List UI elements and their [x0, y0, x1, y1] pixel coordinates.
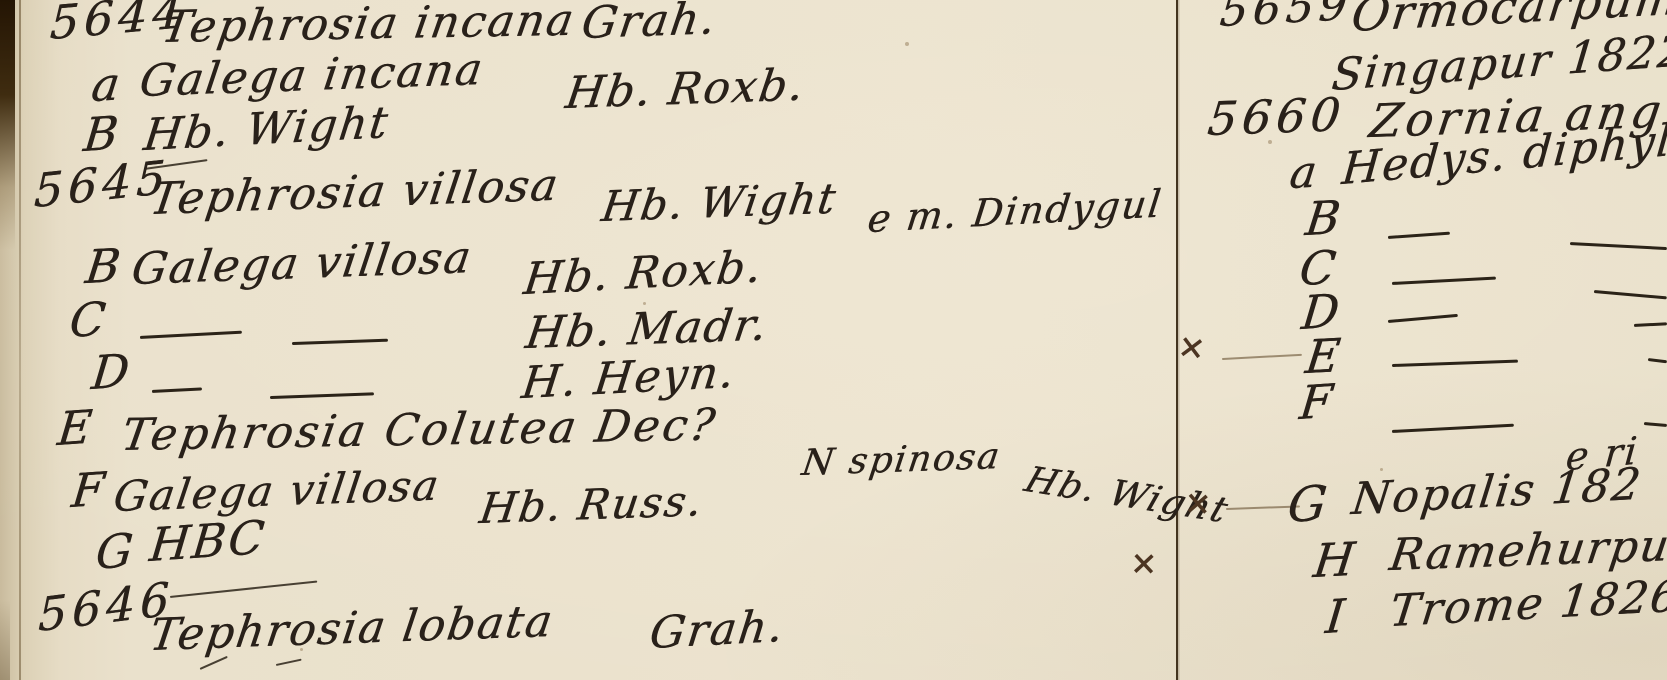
herbarium-source: Hb. Wight — [141, 101, 391, 158]
specimen-label: B — [1303, 194, 1344, 242]
herbarium-source: Hb. Roxb. — [563, 64, 808, 117]
specimen-label: D — [90, 347, 134, 396]
ditto-mark — [1388, 232, 1450, 239]
specimen-label: G — [1285, 479, 1330, 530]
specimen-label: F — [70, 465, 109, 514]
ditto-mark — [140, 331, 242, 339]
author-abbrev: Grah. — [647, 605, 787, 656]
ditto-mark — [152, 387, 202, 393]
specimen-label: a — [1287, 150, 1321, 196]
ditto-mark — [1392, 424, 1514, 433]
species-name: Tephrosia villosa — [147, 164, 562, 223]
herbarium-source: H. Heyn. — [519, 351, 738, 407]
synonym-name: Galega incana — [137, 48, 487, 104]
specimen-label: F — [1298, 377, 1337, 426]
cross-mark: × — [1183, 485, 1213, 520]
ditto-mark — [1392, 277, 1496, 285]
entry-number: 5659 — [1218, 0, 1354, 34]
locality-note: Trome 1826 — [1387, 575, 1667, 635]
herbarium-source: HBC — [148, 514, 269, 569]
ditto-mark — [1644, 422, 1667, 427]
cross-mark: × — [1176, 328, 1208, 365]
synonym-name: Tephrosia Colutea Dec? — [119, 404, 721, 459]
synonym-name: Galega villosa — [129, 236, 475, 292]
paper-speck — [1380, 468, 1383, 471]
flourish-stroke — [170, 581, 317, 598]
locality-note: Ramehurpur — [1387, 523, 1667, 578]
locality-note: Nopalis 182 — [1349, 463, 1644, 523]
herbarium-source: Hb. Russ. — [477, 480, 706, 530]
ditto-mark — [1648, 358, 1667, 363]
ditto-mark — [1634, 322, 1667, 327]
determination-note: N spinosa — [799, 439, 1003, 482]
specimen-label: E — [1303, 332, 1344, 380]
binding-gutter-shadow-bottom — [0, 600, 10, 680]
synonym-name: Galega villosa — [111, 465, 443, 519]
specimen-label: H — [1311, 536, 1359, 585]
ditto-mark — [1594, 290, 1667, 299]
page-edge-line — [19, 0, 21, 680]
specimen-label: a — [89, 60, 124, 108]
ditto-mark — [1570, 242, 1667, 250]
herbarium-source: Hb. Wight — [599, 178, 840, 228]
specimen-label: G — [94, 526, 137, 576]
author-abbrev: Grah. — [579, 0, 720, 46]
specimen-label: I — [1324, 592, 1349, 640]
ditto-mark — [270, 392, 374, 399]
species-name: Tephrosia incana — [159, 0, 579, 50]
locality-note: e m. Dindygul — [866, 184, 1165, 238]
binding-gutter-shadow — [0, 0, 15, 250]
entry-number: 5660 — [1206, 91, 1348, 142]
paper-speck — [905, 42, 909, 46]
marginal-dash — [1222, 354, 1302, 360]
ditto-mark — [1388, 314, 1458, 323]
herbarium-source: Hb. Roxb. — [521, 245, 765, 302]
species-name: Tephrosia lobata — [147, 600, 557, 658]
ditto-mark — [292, 339, 388, 345]
cross-mark: × — [1129, 546, 1158, 580]
partial-line-stroke — [276, 659, 302, 666]
specimen-label: B — [83, 242, 124, 290]
manuscript-page: 5644 Tephrosia incana Grah. a Galega inc… — [0, 0, 1667, 680]
specimen-label: C — [68, 295, 110, 344]
ditto-mark — [1392, 360, 1518, 367]
specimen-label: B — [82, 109, 123, 158]
specimen-label: E — [56, 403, 96, 452]
